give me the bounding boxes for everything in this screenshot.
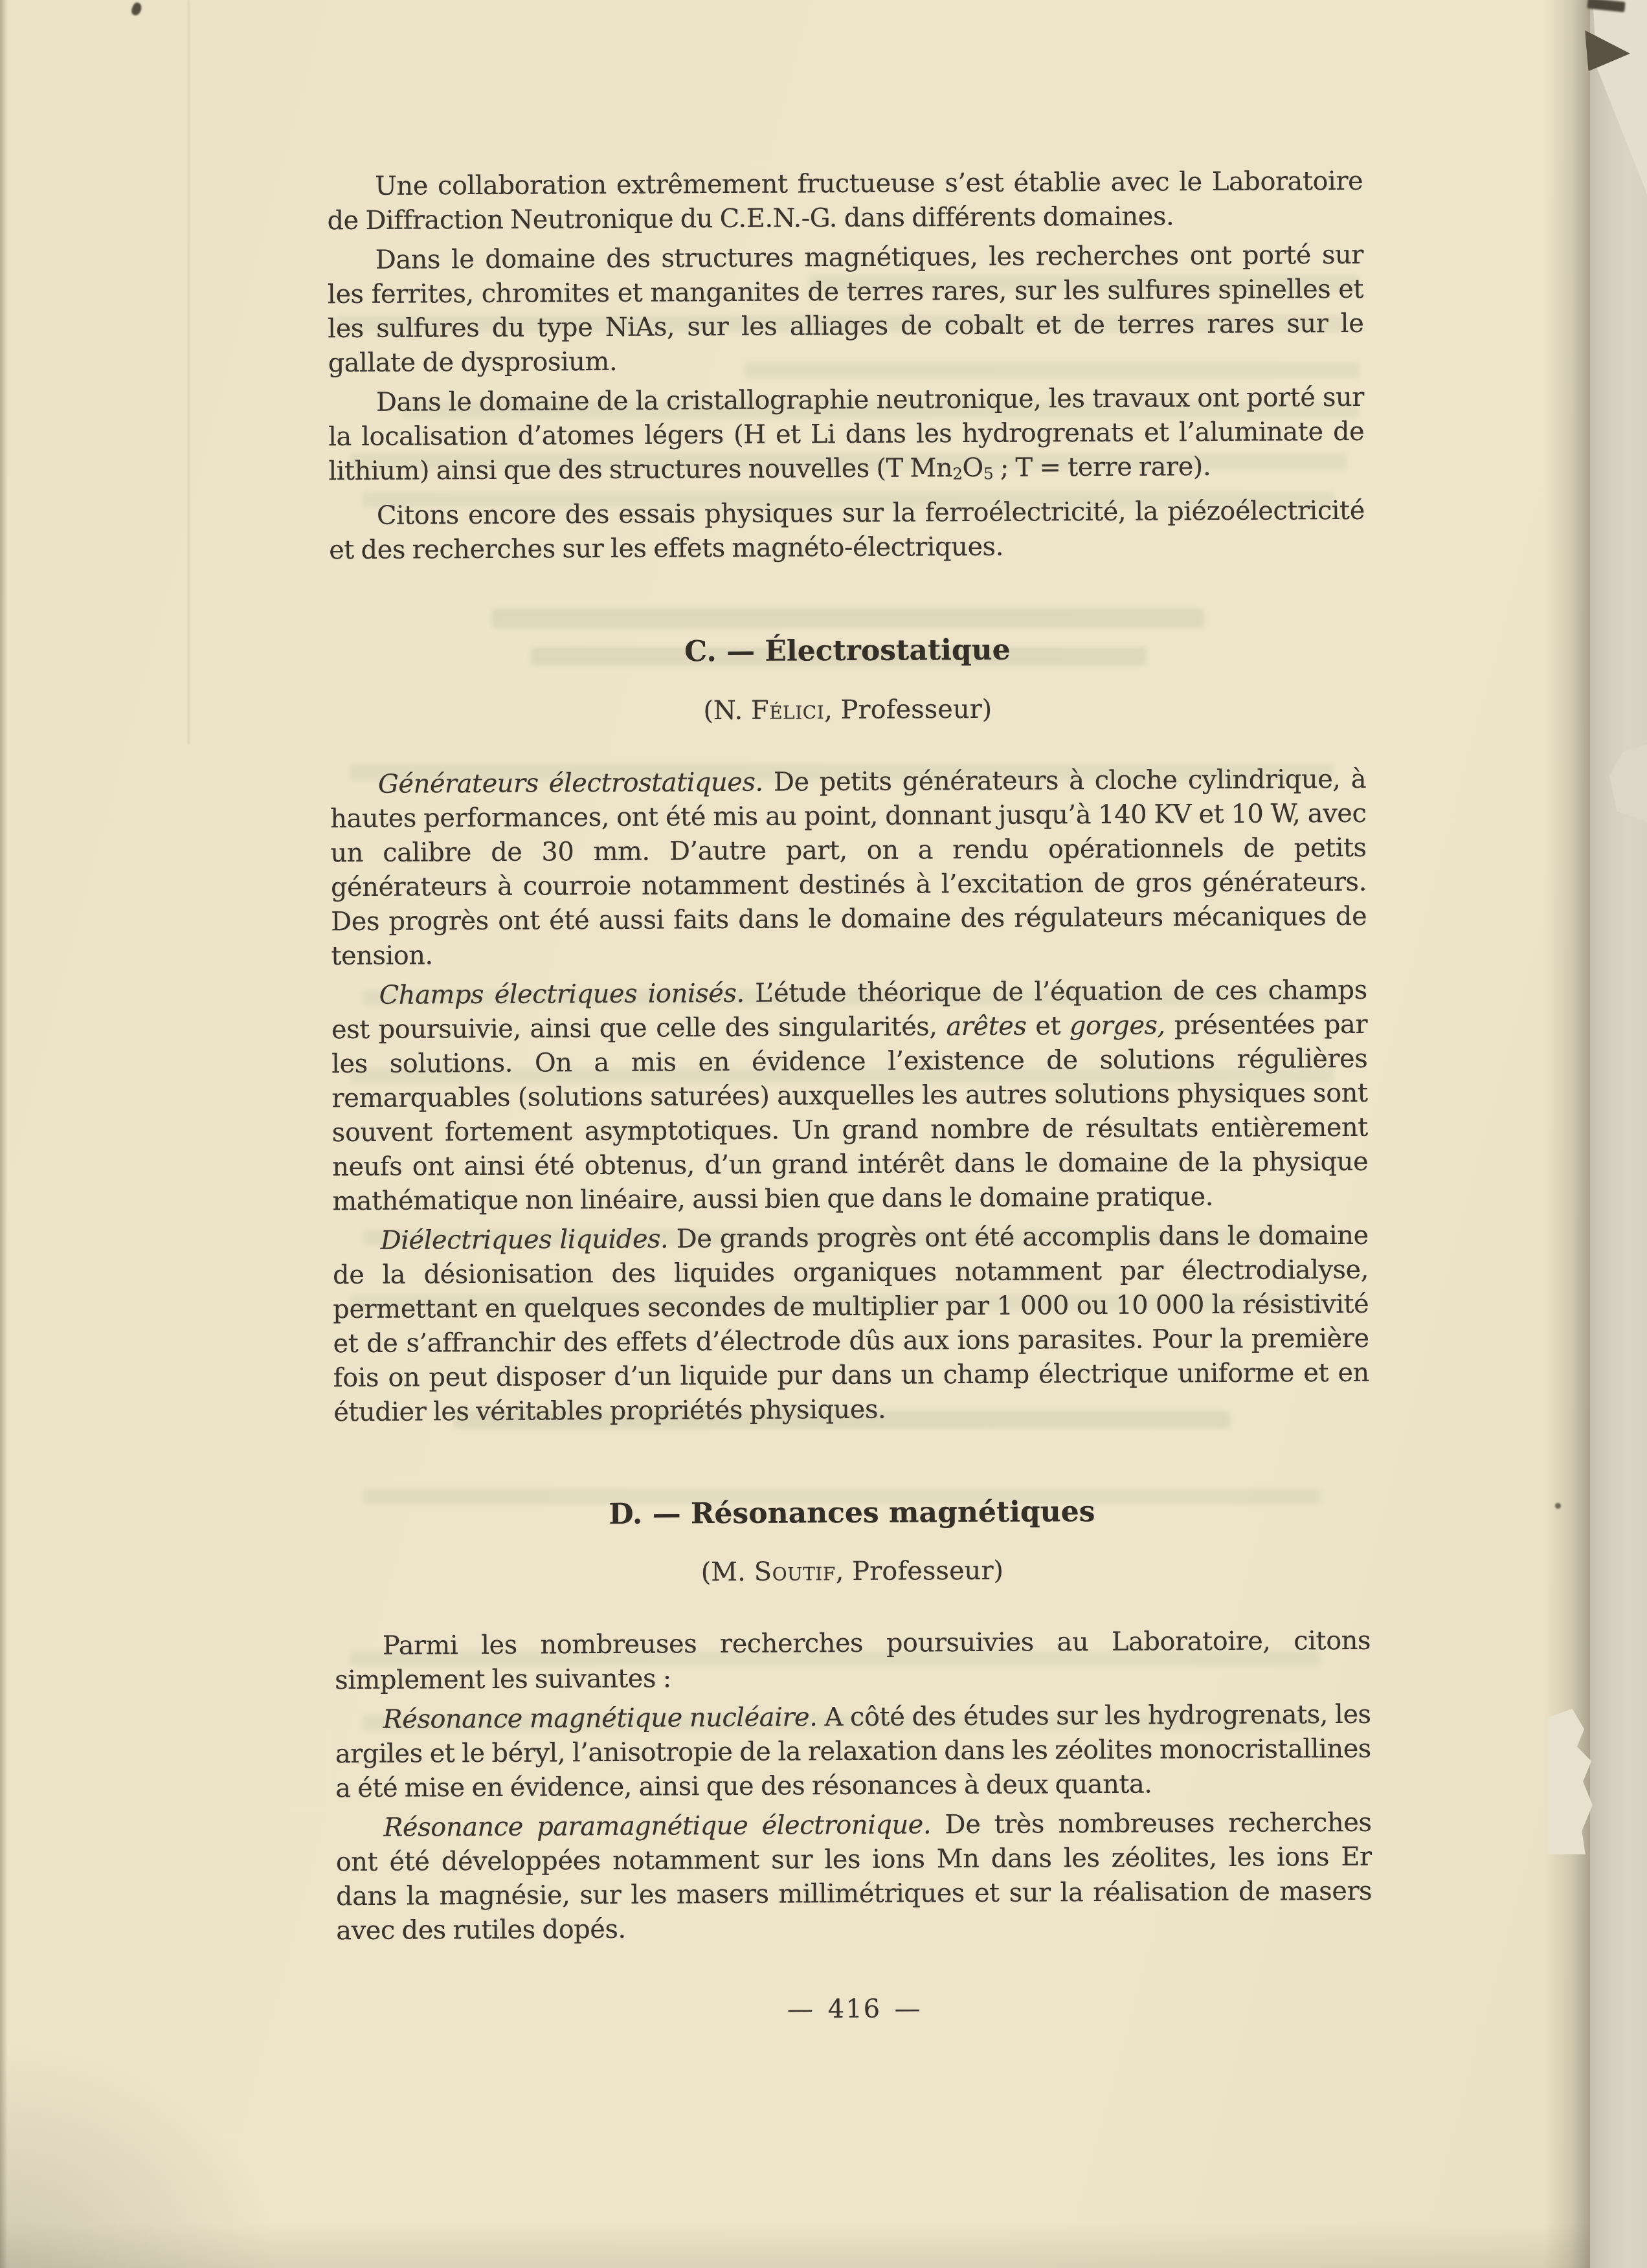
right-page-edge — [1590, 0, 1647, 2268]
paragraph: Dans le domaine de la cristallographie n… — [328, 381, 1365, 495]
section-d-byline: (M. Soutif, Professeur) — [334, 1552, 1370, 1592]
paragraph: Citons encore des essais physiques sur l… — [329, 494, 1365, 568]
paragraph: Parmi les nombreuses recherches poursuiv… — [335, 1624, 1371, 1698]
gutter-shadow — [1544, 0, 1593, 2268]
paragraph: Résonance magnétique nucléaire. A côté d… — [335, 1698, 1371, 1806]
paragraph: Résonance paramagnétique électronique. D… — [335, 1806, 1372, 1948]
page-number: — 416 — — [337, 1990, 1372, 2029]
section-d-heading: D. — Résonances magnétiques — [334, 1493, 1370, 1534]
paper-sheet: Une collaboration extrêmement fructueuse… — [0, 0, 1647, 2268]
paper-crease — [188, 0, 190, 744]
page-scan: { "colors": { "paper": "#ece3c9", "ink":… — [0, 0, 1647, 2268]
paragraph: Générateurs électrostatiques. De petits … — [330, 762, 1367, 973]
paragraph: Une collaboration extrêmement fructueuse… — [327, 164, 1363, 238]
paragraph: Champs électriques ionisés. L’étude théo… — [331, 973, 1369, 1219]
ink-speck — [129, 1, 143, 17]
paragraph: Diélectriques liquides. De grands progrè… — [333, 1219, 1370, 1430]
section-c-byline: (N. Félici, Professeur) — [330, 691, 1365, 730]
left-edge-shade — [0, 0, 8, 2268]
text-column: Une collaboration extrêmement fructueuse… — [327, 164, 1372, 2056]
section-c-heading: C. — Électrostatique — [330, 630, 1365, 672]
paragraph: Dans le domaine des structures magnétiqu… — [328, 238, 1364, 381]
bottom-edge-shade — [0, 2223, 1647, 2268]
